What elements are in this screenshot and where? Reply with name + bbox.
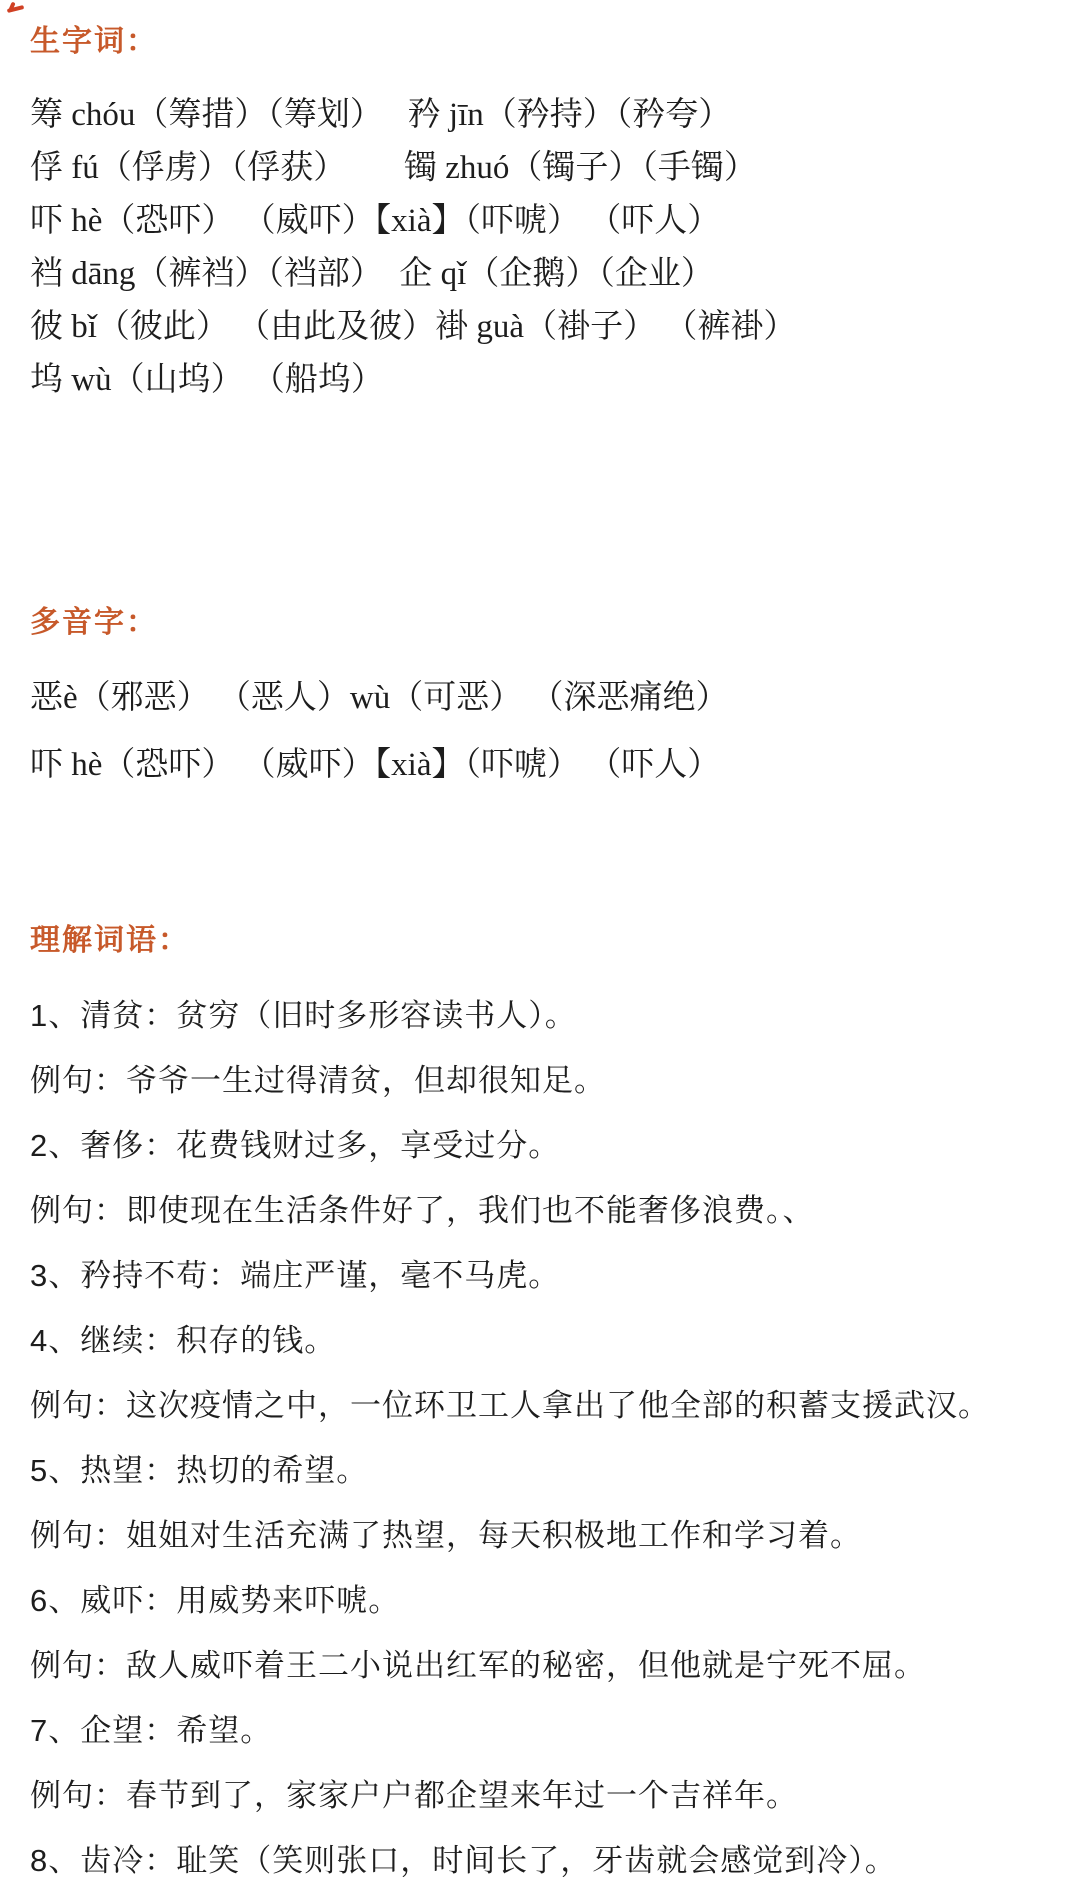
definition-line: 3、矜持不苟：端庄严谨，毫不马虎。 <box>30 1243 1064 1308</box>
polyphonic-line: 吓 hè（恐吓） （威吓）【xià】（吓唬） （吓人） <box>30 732 1064 799</box>
vocab-line: 彼 bǐ（彼此） （由此及彼）褂 guà（褂子） （裤褂） <box>30 301 1064 354</box>
vocab-line: 筹 chóu（筹措）（筹划） 矜 jīn（矜持）（矜夸） <box>30 89 1064 142</box>
definition-line: 1、清贫：贫穷（旧时多形容读书人）。 <box>30 983 1064 1048</box>
section-word-meanings: 理解词语： 1、清贫：贫穷（旧时多形容读书人）。 例句：爷爷一生过得清贫，但却很… <box>30 925 1064 1893</box>
section-heading-new-words: 生字词： <box>30 26 1064 58</box>
definition-line: 5、热望：热切的希望。 <box>30 1438 1064 1503</box>
document-page: 生字词： 筹 chóu（筹措）（筹划） 矜 jīn（矜持）（矜夸） 俘 fú（俘… <box>0 0 1080 1904</box>
example-line: 例句：敌人威吓着王二小说出红军的秘密，但他就是宁死不屈。 <box>30 1633 1064 1698</box>
example-line: 例句：这次疫情之中，一位环卫工人拿出了他全部的积蓄支援武汉。 <box>30 1373 1064 1438</box>
example-line: 例句：即使现在生活条件好了，我们也不能奢侈浪费。、 <box>30 1178 1064 1243</box>
section-new-words: 生字词： 筹 chóu（筹措）（筹划） 矜 jīn（矜持）（矜夸） 俘 fú（俘… <box>30 26 1064 407</box>
definition-line: 7、企望：希望。 <box>30 1698 1064 1763</box>
definition-line: 8、齿冷：耻笑（笑则张口，时间长了，牙齿就会感觉到冷）。 <box>30 1828 1064 1893</box>
example-line: 例句：爷爷一生过得清贫，但却很知足。 <box>30 1048 1064 1113</box>
definition-line: 4、继续：积存的钱。 <box>30 1308 1064 1373</box>
section-polyphonic-chars: 多音字： 恶è（邪恶） （恶人）wù（可恶） （深恶痛绝） 吓 hè（恐吓） （… <box>30 607 1064 799</box>
red-scribble-mark <box>7 2 27 15</box>
example-line: 例句：春节到了，家家户户都企望来年过一个吉祥年。 <box>30 1763 1064 1828</box>
vocab-line: 俘 fú（俘虏）（俘获） 镯 zhuó（镯子）（手镯） <box>30 142 1064 195</box>
definition-line: 2、奢侈：花费钱财过多，享受过分。 <box>30 1113 1064 1178</box>
vocab-line: 坞 wù（山坞） （船坞） <box>30 354 1064 407</box>
section-heading-polyphonic-chars: 多音字： <box>30 607 1064 639</box>
polyphonic-line: 恶è（邪恶） （恶人）wù（可恶） （深恶痛绝） <box>30 665 1064 732</box>
section-heading-word-meanings: 理解词语： <box>30 925 1064 957</box>
vocab-line: 裆 dāng（裤裆）（裆部） 企 qǐ（企鹅）（企业） <box>30 248 1064 301</box>
example-line: 例句：姐姐对生活充满了热望，每天积极地工作和学习着。 <box>30 1503 1064 1568</box>
definition-line: 6、威吓：用威势来吓唬。 <box>30 1568 1064 1633</box>
vocab-line: 吓 hè（恐吓） （威吓）【xià】（吓唬） （吓人） <box>30 195 1064 248</box>
